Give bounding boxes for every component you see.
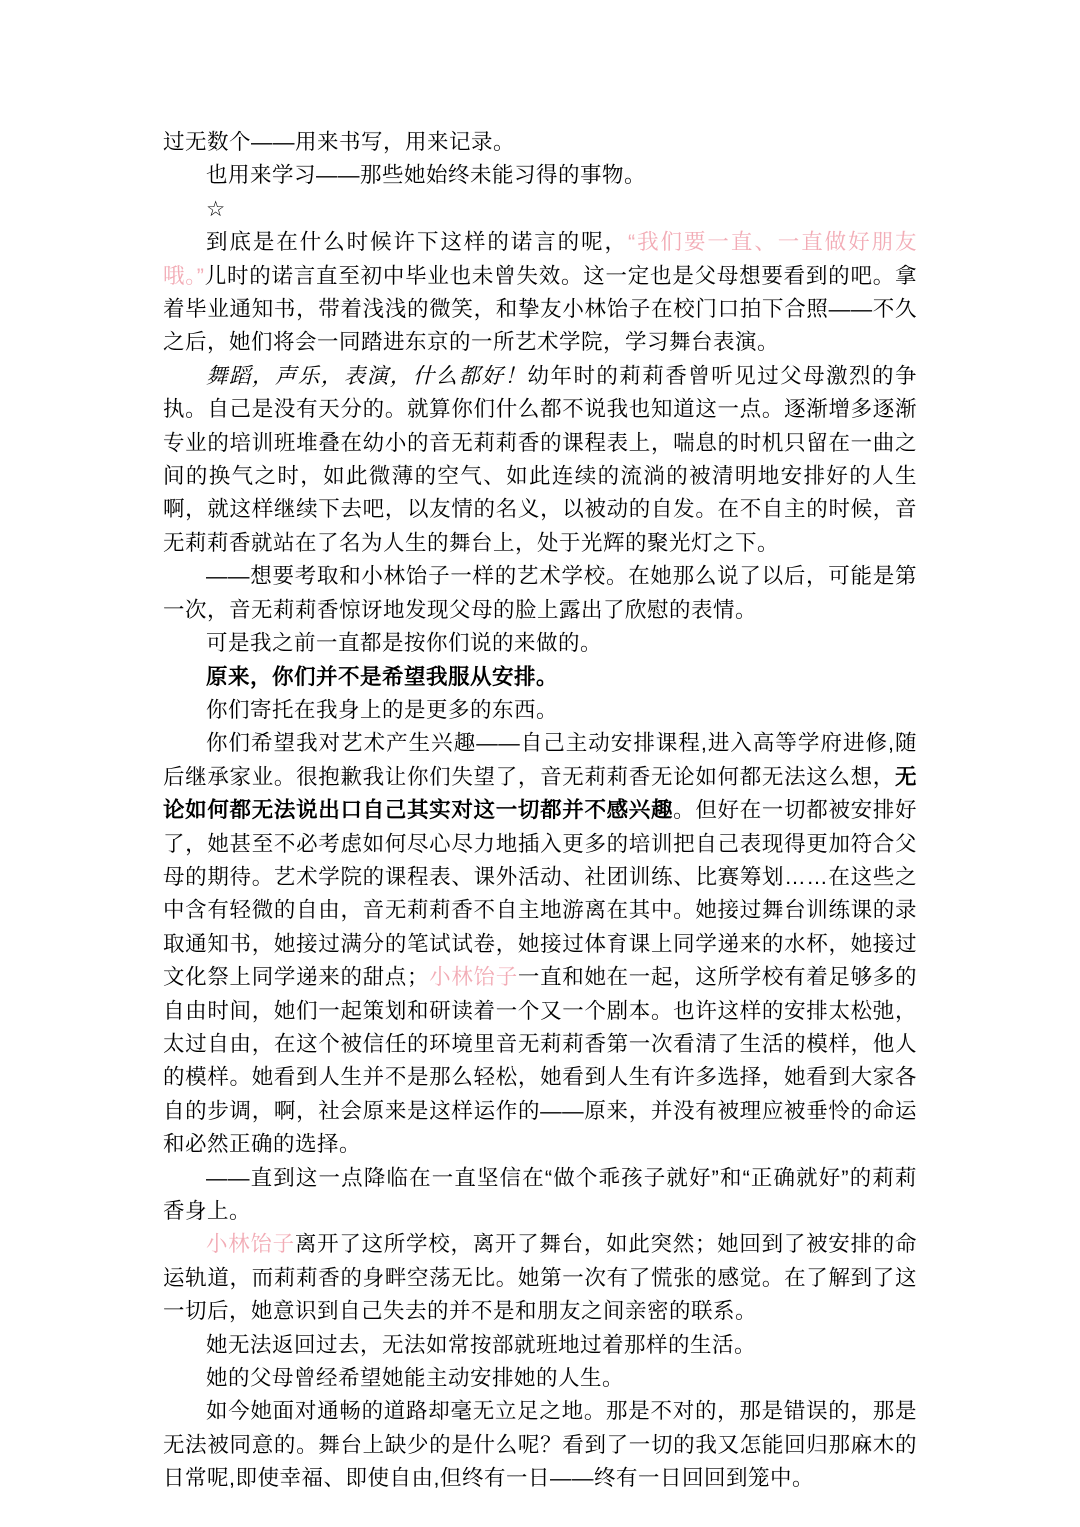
paragraph: 她无法返回过去，无法如常按部就班地过着那样的生活。 bbox=[163, 1329, 917, 1362]
paragraph: 到底是在什么时候许下这样的诺言的呢，“我们要一直、一直做好朋友哦。”儿时的诺言直… bbox=[163, 226, 917, 360]
paragraph: 小林饴子离开了这所学校，离开了舞台，如此突然；她回到了被安排的命运轨道，而莉莉香… bbox=[163, 1228, 917, 1328]
text-run: ☆ bbox=[206, 197, 226, 221]
paragraph: ——想要考取和小林饴子一样的艺术学校。在她那么说了以后，可能是第一次，音无莉莉香… bbox=[163, 560, 917, 627]
text-run: 也用来学习——那些她始终未能习得的事物。 bbox=[206, 163, 646, 187]
italic-text-run: 舞蹈，声乐，表演，什么都好！ bbox=[206, 364, 528, 388]
text-run: 幼年时的莉莉香曾听见过父母激烈的争执。自己是没有天分的。就算你们什么都不说我也知… bbox=[163, 364, 917, 555]
pink-text-run: 小林饴子 bbox=[429, 965, 518, 989]
paragraph: 也用来学习——那些她始终未能习得的事物。 bbox=[163, 159, 917, 192]
paragraph: 你们希望我对艺术产生兴趣——自己主动安排课程,进入高等学府进修,随后继承家业。很… bbox=[163, 727, 917, 1161]
text-run: 一直和她在一起，这所学校有着足够多的自由时间，她们一起策划和研读着一个又一个剧本… bbox=[163, 965, 917, 1156]
text-run: 到底是在什么时候许下这样的诺言的呢， bbox=[206, 230, 628, 254]
text-run: 儿时的诺言直至初中毕业也未曾失效。这一定也是父母想要看到的吧。拿着毕业通知书，带… bbox=[163, 264, 917, 355]
text-run: 可是我之前一直都是按你们说的来做的。 bbox=[206, 631, 602, 655]
paragraph: ☆ bbox=[163, 193, 917, 226]
text-run: ——想要考取和小林饴子一样的艺术学校。在她那么说了以后，可能是第一次，音无莉莉香… bbox=[163, 564, 917, 621]
bold-text-run: 原来，你们并不是希望我服从安排。 bbox=[206, 665, 558, 689]
text-run: 她的父母曾经希望她能主动安排她的人生。 bbox=[206, 1366, 624, 1390]
text-run: 你们希望我对艺术产生兴趣——自己主动安排课程,进入高等学府进修,随后继承家业。很… bbox=[163, 731, 917, 788]
text-run: 你们寄托在我身上的是更多的东西。 bbox=[206, 698, 558, 722]
paragraph: ——直到这一点降临在一直坚信在“做个乖孩子就好”和“正确就好”的莉莉香身上。 bbox=[163, 1162, 917, 1229]
text-run: 过无数个——用来书写，用来记录。 bbox=[163, 130, 515, 154]
pink-text-run: 小林饴子 bbox=[206, 1232, 295, 1256]
paragraph: 如今她面对通畅的道路却毫无立足之地。那是不对的，那是错误的，那是无法被同意的。舞… bbox=[163, 1395, 917, 1495]
document-text-block: 过无数个——用来书写，用来记录。也用来学习——那些她始终未能习得的事物。☆到底是… bbox=[163, 126, 917, 1496]
paragraph: 原来，你们并不是希望我服从安排。 bbox=[163, 661, 917, 694]
text-run: 她无法返回过去，无法如常按部就班地过着那样的生活。 bbox=[206, 1333, 756, 1357]
paragraph: 过无数个——用来书写，用来记录。 bbox=[163, 126, 917, 159]
text-run: 。但好在一切都被安排好了，她甚至不必考虑如何尽心尽力地插入更多的培训把自己表现得… bbox=[163, 798, 917, 989]
paragraph: 你们寄托在我身上的是更多的东西。 bbox=[163, 694, 917, 727]
paragraph: 可是我之前一直都是按你们说的来做的。 bbox=[163, 627, 917, 660]
paragraph: 她的父母曾经希望她能主动安排她的人生。 bbox=[163, 1362, 917, 1395]
text-run: ——直到这一点降临在一直坚信在“做个乖孩子就好”和“正确就好”的莉莉香身上。 bbox=[163, 1166, 917, 1223]
document-page: 过无数个——用来书写，用来记录。也用来学习——那些她始终未能习得的事物。☆到底是… bbox=[0, 0, 1080, 1527]
paragraph: 舞蹈，声乐，表演，什么都好！幼年时的莉莉香曾听见过父母激烈的争执。自己是没有天分… bbox=[163, 360, 917, 560]
text-run: 如今她面对通畅的道路却毫无立足之地。那是不对的，那是错误的，那是无法被同意的。舞… bbox=[163, 1399, 917, 1490]
